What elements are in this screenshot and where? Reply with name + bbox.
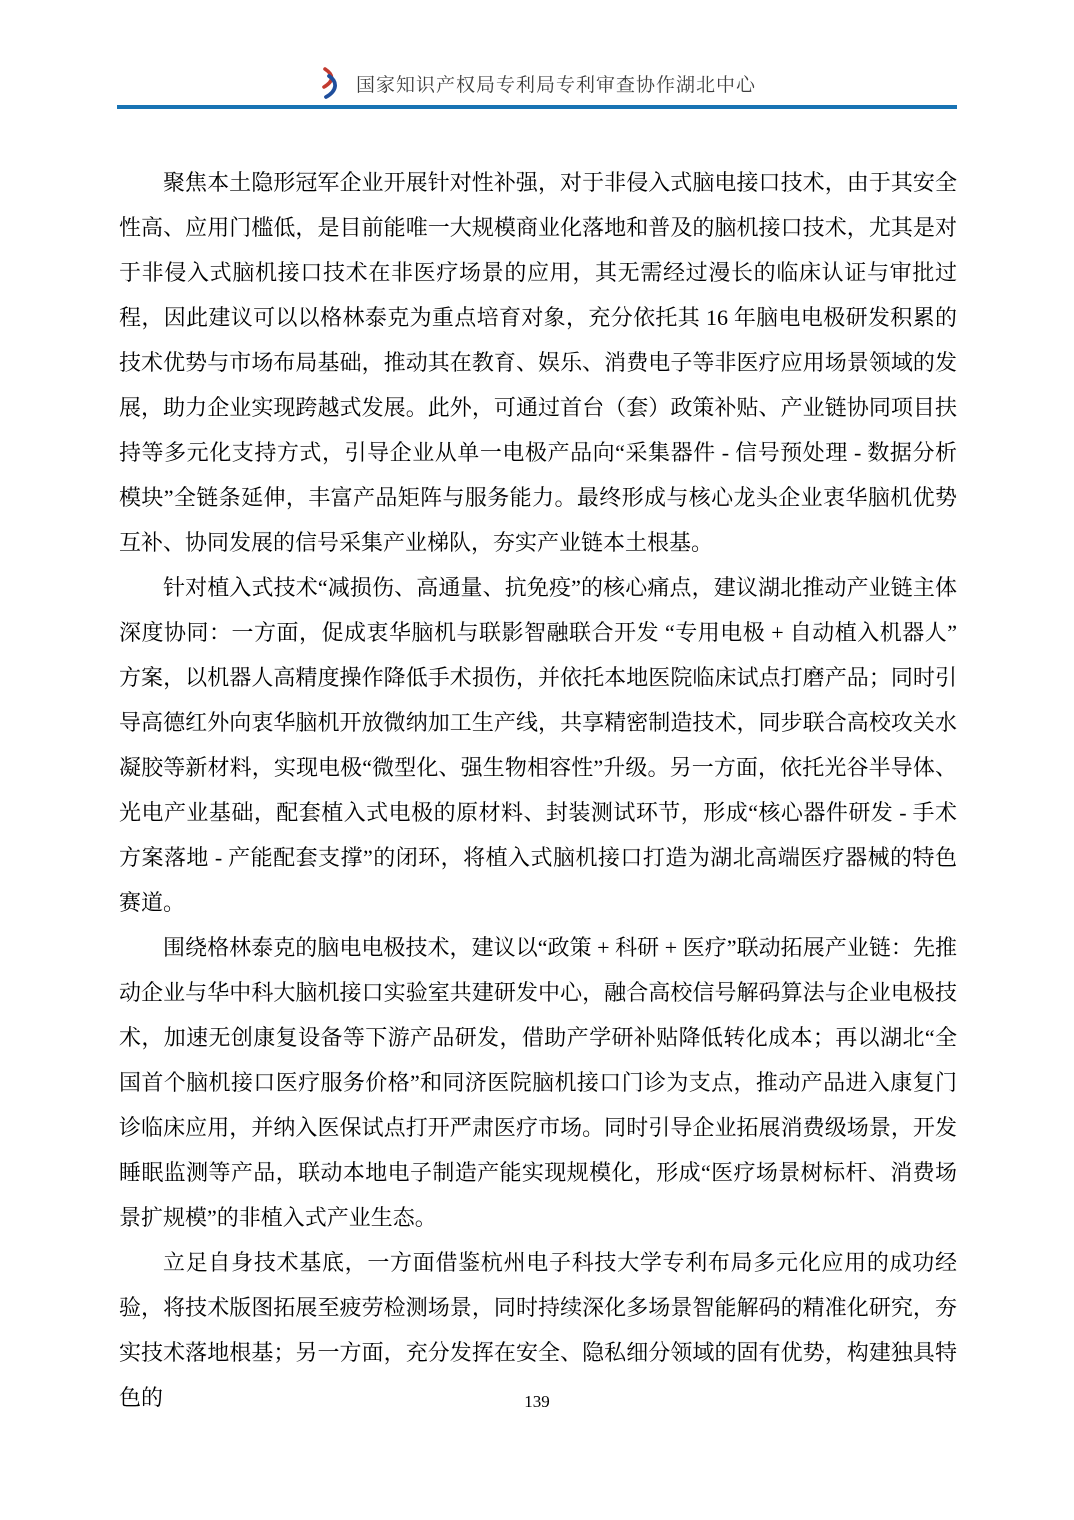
page-header: 国家知识产权局专利局专利审查协作湖北中心 (117, 0, 957, 109)
paragraph-1: 聚焦本土隐形冠军企业开展针对性补强，对于非侵入式脑电接口技术，由于其安全性高、应… (119, 160, 957, 565)
document-page: 国家知识产权局专利局专利审查协作湖北中心 聚焦本土隐形冠军企业开展针对性补强，对… (0, 0, 1074, 1520)
document-body: 聚焦本土隐形冠军企业开展针对性补强，对于非侵入式脑电接口技术，由于其安全性高、应… (119, 160, 957, 1420)
paragraph-2: 针对植入式技术“减损伤、高通量、抗免疫”的核心痛点，建议湖北推动产业链主体深度协… (119, 565, 957, 925)
header-divider (117, 105, 957, 109)
header-title: 国家知识产权局专利局专利审查协作湖北中心 (356, 70, 756, 97)
header-inner: 国家知识产权局专利局专利审查协作湖北中心 (117, 0, 957, 98)
page-number: 139 (524, 1392, 550, 1411)
center-logo-icon (318, 67, 342, 99)
page-footer: 139 (0, 1392, 1074, 1412)
paragraph-3: 围绕格林泰克的脑电电极技术，建议以“政策 + 科研 + 医疗”联动拓展产业链：先… (119, 925, 957, 1240)
